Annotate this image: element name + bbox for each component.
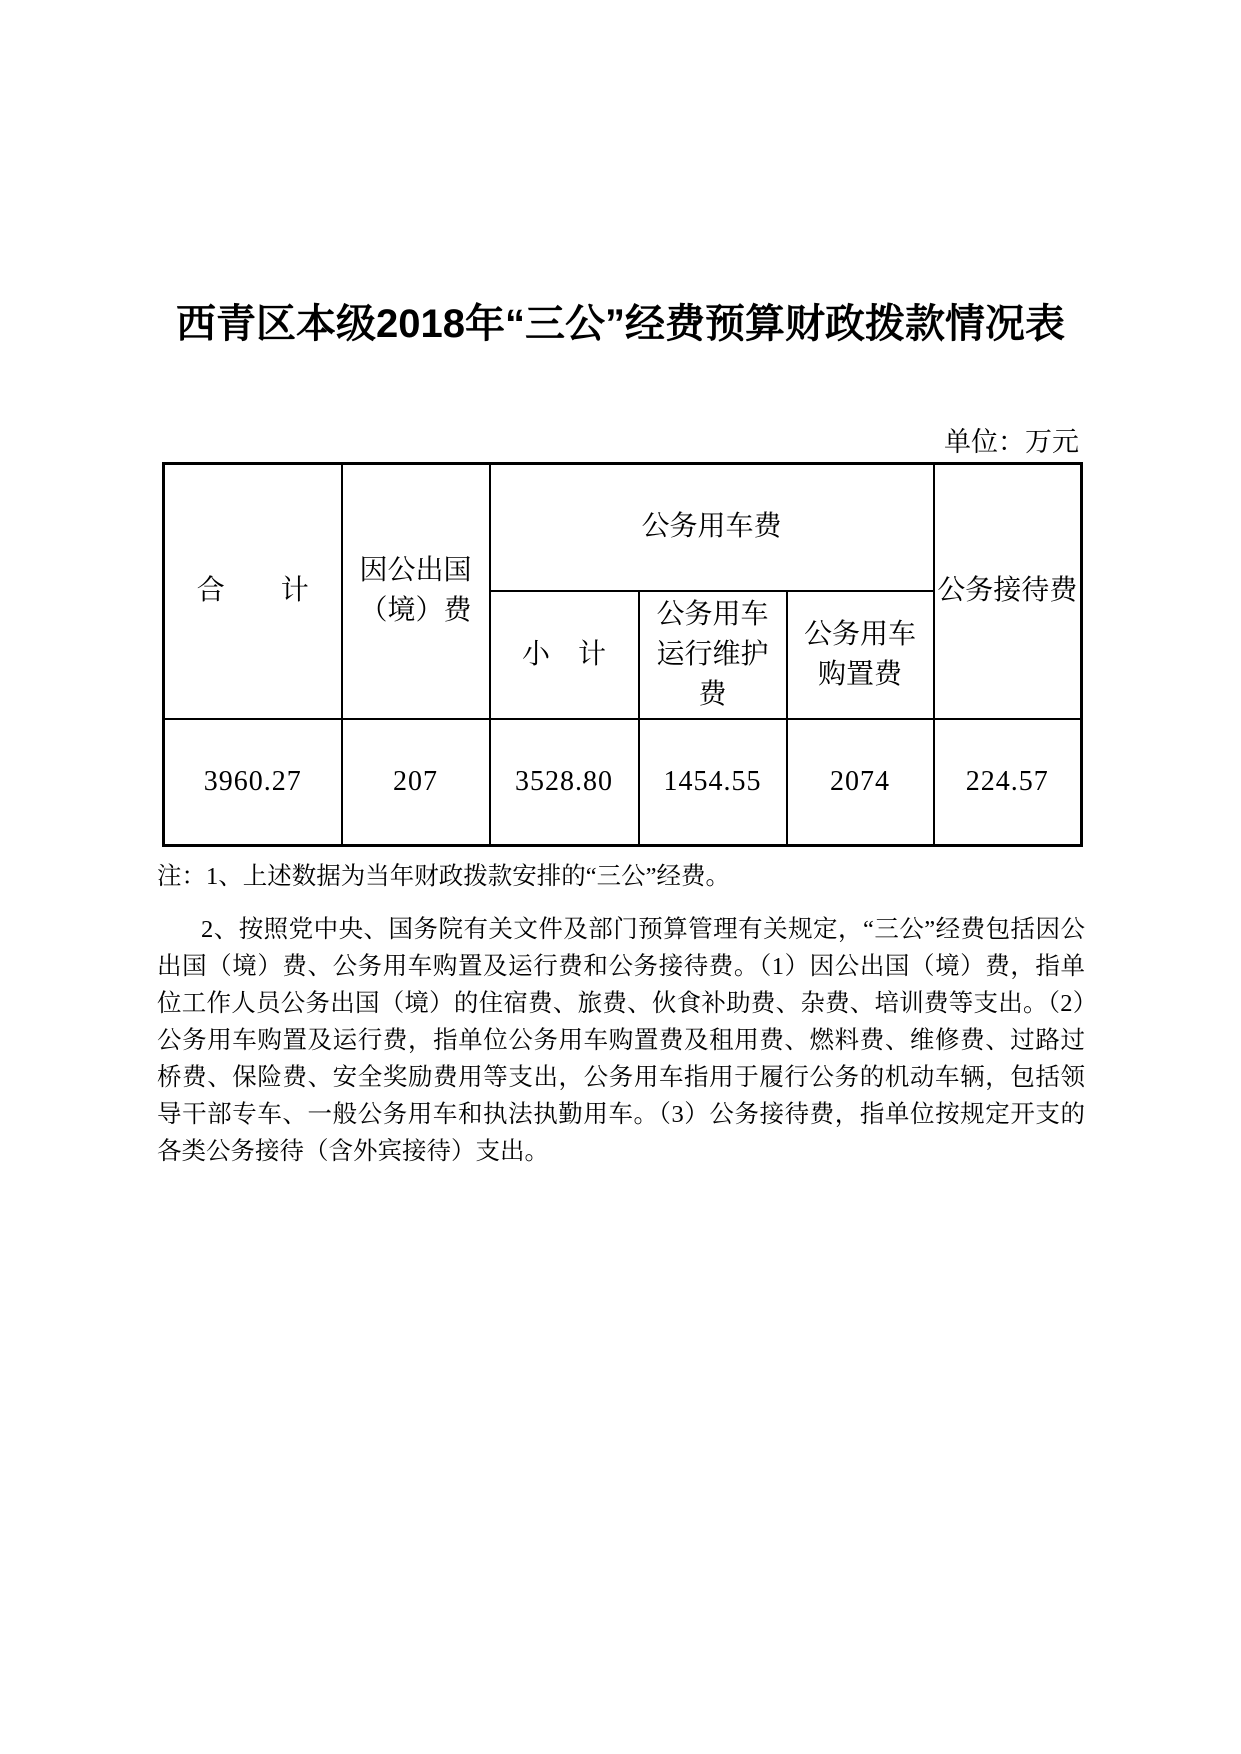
notes-section: 注：1、上述数据为当年财政拨款安排的“三公”经费。 2、按照党中央、国务院有关文… xyxy=(157,858,1085,1170)
note-2: 2、按照党中央、国务院有关文件及部门预算管理有关规定，“三公”经费包括因公出国（… xyxy=(157,911,1085,1170)
header-vehicle-purchase-text: 公务用车购置费 xyxy=(800,615,920,695)
value-vehicle-subtotal: 3528.80 xyxy=(490,719,639,846)
header-vehicle-maintenance: 公务用车运行维护费 xyxy=(639,591,787,719)
value-vehicle-maintenance: 1454.55 xyxy=(639,719,787,846)
value-abroad-fee: 207 xyxy=(342,719,490,846)
header-abroad-fee: 因公出国（境）费 xyxy=(342,464,490,719)
header-vehicle-group: 公务用车费 xyxy=(490,464,934,591)
document-page: 西青区本级2018年“三公”经费预算财政拨款情况表 单位：万元 合 计 因公出国… xyxy=(0,0,1241,1754)
header-total: 合 计 xyxy=(164,464,342,719)
note-1: 注：1、上述数据为当年财政拨款安排的“三公”经费。 xyxy=(157,858,1085,895)
header-vehicle-subtotal: 小 计 xyxy=(490,591,639,719)
budget-table: 合 计 因公出国（境）费 公务用车费 公务接待费 小 计 公务用车运行维护费 公… xyxy=(162,462,1083,847)
table-header-row-1: 合 计 因公出国（境）费 公务用车费 公务接待费 xyxy=(164,464,1082,591)
header-vehicle-maintenance-text: 公务用车运行维护费 xyxy=(653,595,773,715)
value-vehicle-purchase: 2074 xyxy=(787,719,934,846)
value-reception-fee: 224.57 xyxy=(934,719,1082,846)
page-title: 西青区本级2018年“三公”经费预算财政拨款情况表 xyxy=(0,300,1241,348)
header-reception-fee: 公务接待费 xyxy=(934,464,1082,719)
value-total: 3960.27 xyxy=(164,719,342,846)
table-data-row: 3960.27 207 3528.80 1454.55 2074 224.57 xyxy=(164,719,1082,846)
header-abroad-fee-text: 因公出国（境）费 xyxy=(356,551,476,631)
header-vehicle-purchase: 公务用车购置费 xyxy=(787,591,934,719)
unit-label: 单位：万元 xyxy=(162,426,1079,458)
